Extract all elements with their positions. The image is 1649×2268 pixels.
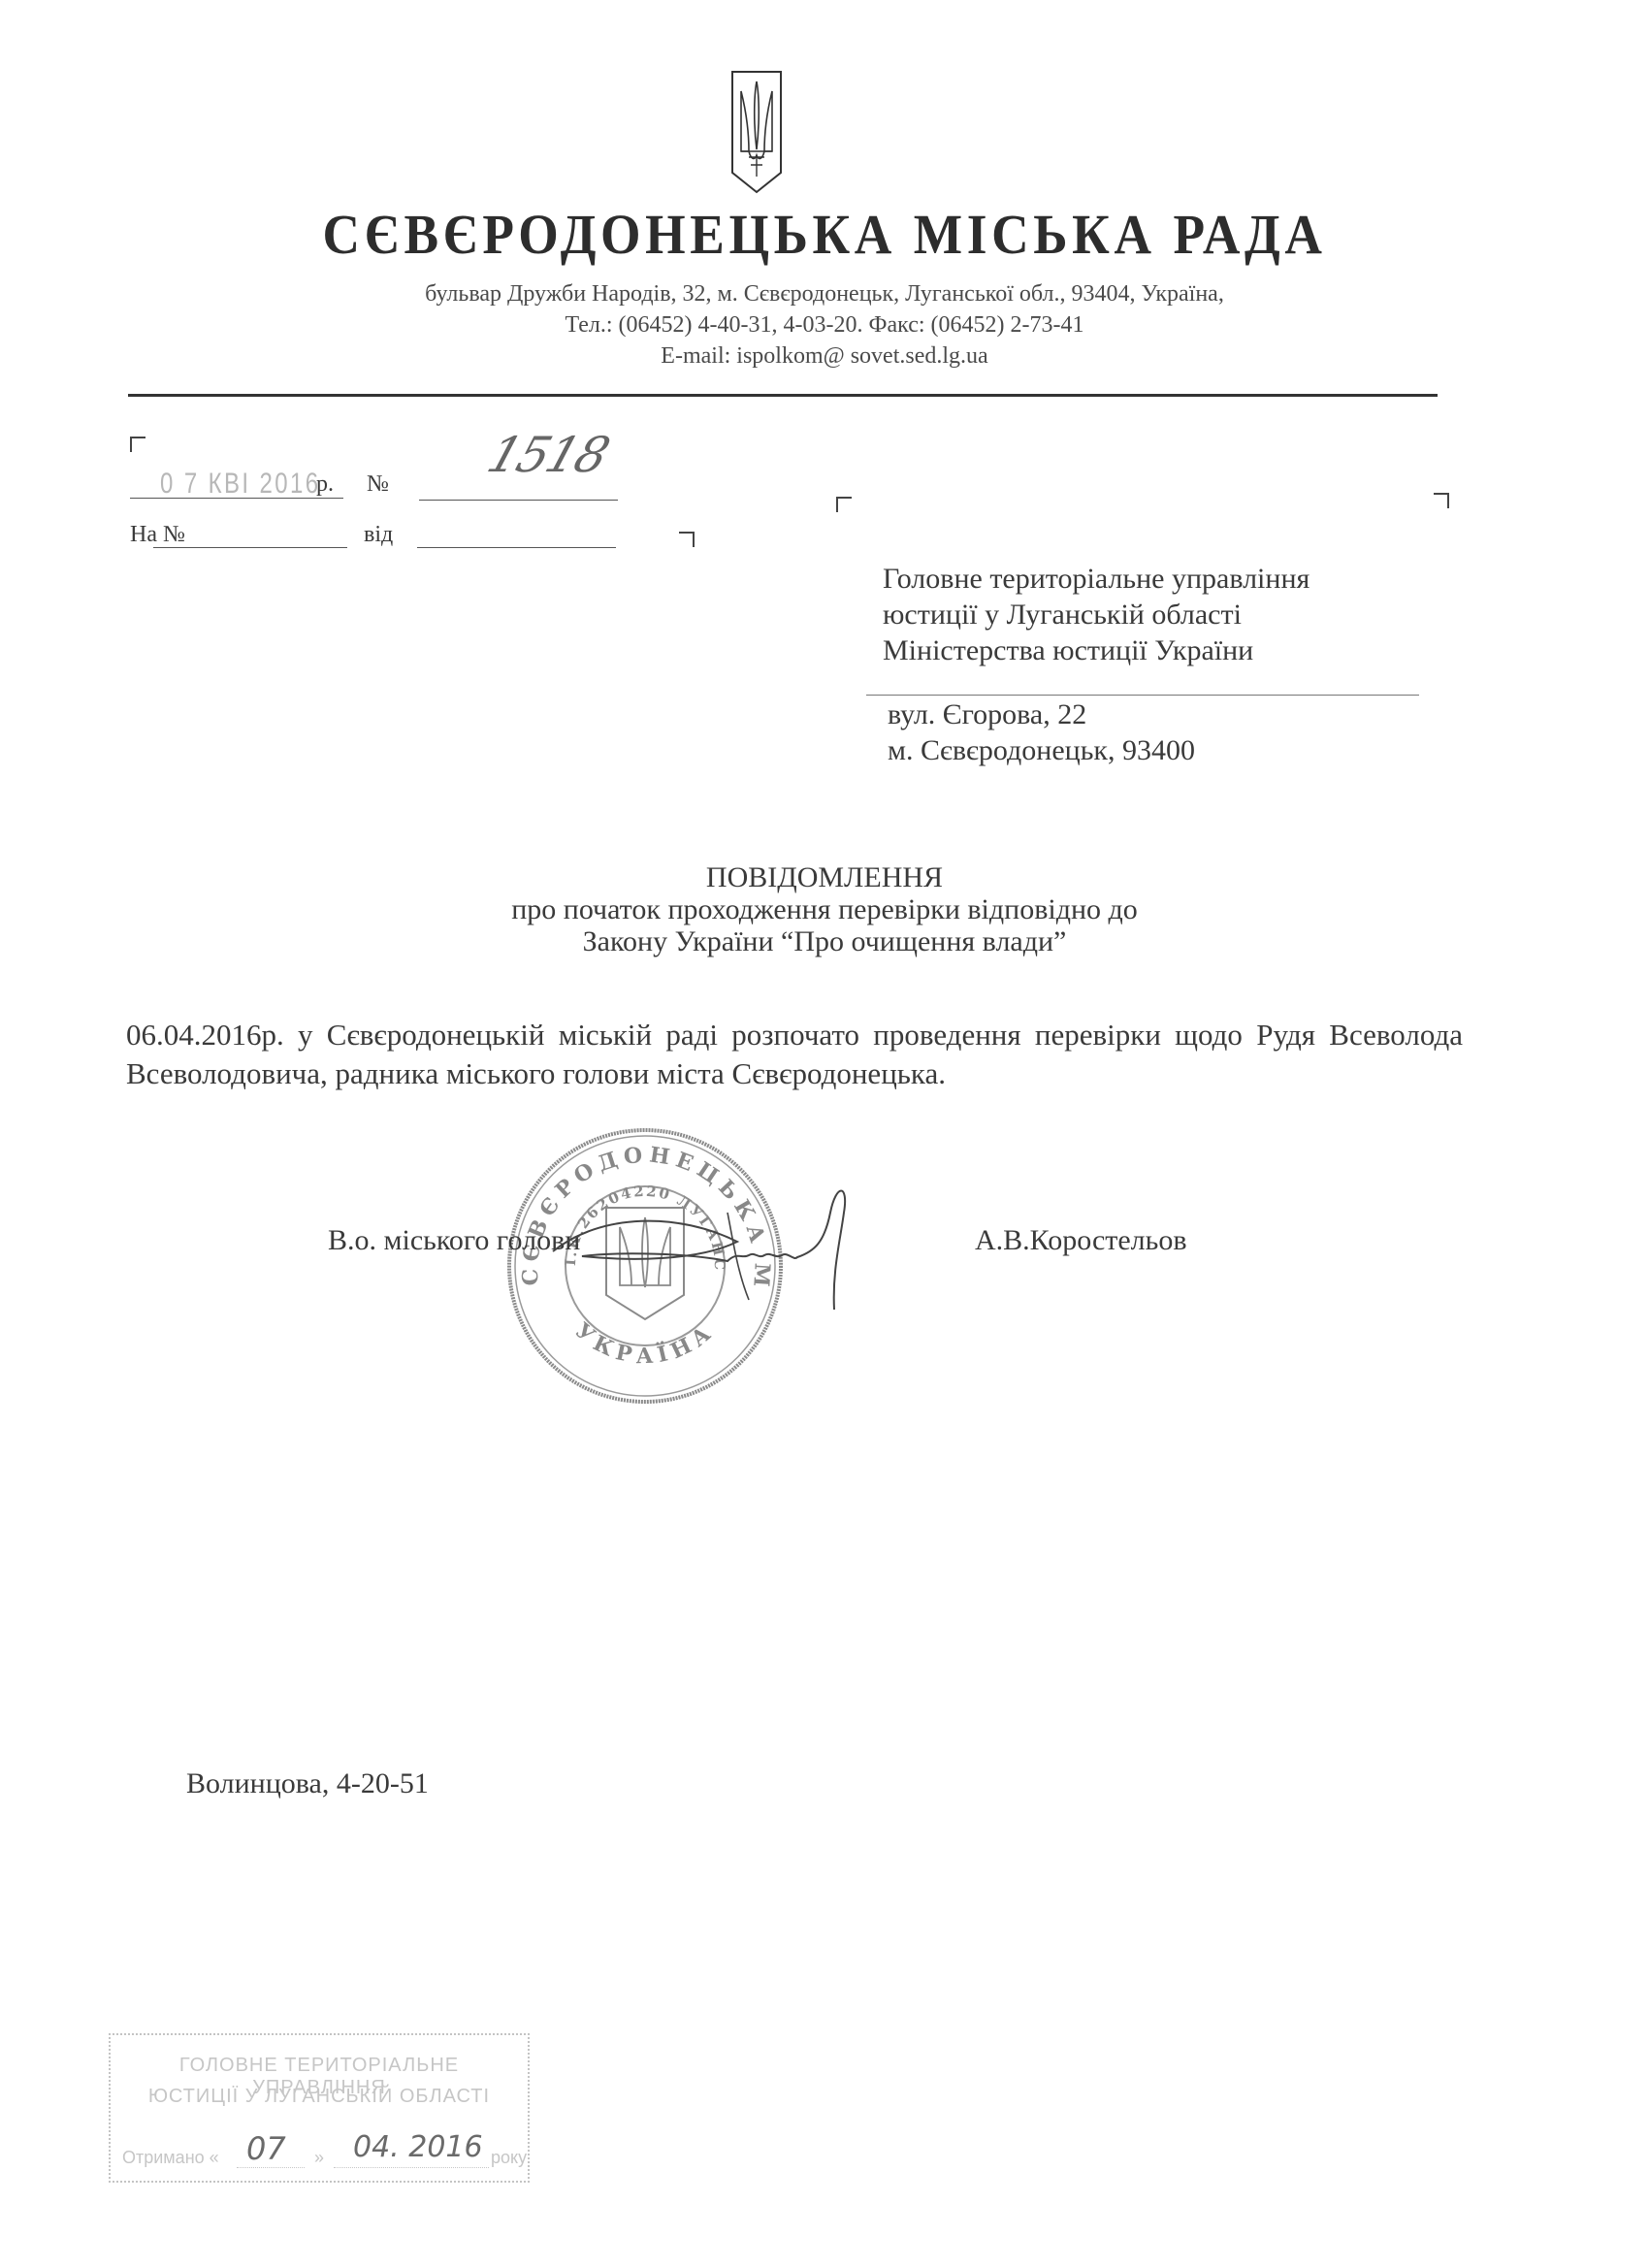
document-heading: ПОВІДОМЛЕННЯ: [0, 861, 1649, 894]
executor-contact: Волинцова, 4-20-51: [186, 1767, 429, 1800]
reply-label: На №: [130, 522, 185, 548]
recipient-city: м. Сєвєродонецьк, 93400: [888, 734, 1195, 767]
received-month-year: 04. 2016: [353, 2130, 483, 2164]
registration-stamp: ГОЛОВНЕ ТЕРИТОРІАЛЬНЕ УПРАВЛІННЯ ЮСТИЦІЇ…: [109, 2033, 530, 2183]
received-day: 07: [246, 2130, 286, 2167]
from-label: від: [364, 522, 393, 548]
document-subtitle-2: Закону України “Про очищення влади”: [0, 925, 1649, 958]
number-line: [419, 500, 618, 501]
signatory-name: А.В.Коростельов: [975, 1224, 1187, 1257]
reply-number-line: [153, 547, 347, 548]
recipient-line-2: юстиції у Луганській області: [883, 599, 1242, 632]
received-label: Отримано «: [122, 2148, 219, 2168]
trident-coat-of-arms-icon: [729, 68, 784, 196]
svg-text:УКРАЇНА: УКРАЇНА: [570, 1318, 721, 1370]
org-address: бульвар Дружби Народів, 32, м. Сєвєродон…: [0, 281, 1649, 308]
organization-name: СЄВЄРОДОНЕЦЬКА МІСЬКА РАДА: [66, 202, 1583, 267]
corner-mark: [1434, 493, 1449, 508]
document-subtitle-1: про початок проходження перевірки відпов…: [0, 893, 1649, 926]
recipient-divider: [866, 695, 1419, 696]
received-quote: »: [314, 2148, 324, 2168]
day-line: [237, 2167, 305, 2169]
org-phones: Тел.: (06452) 4-40-31, 4-03-20. Факс: (0…: [0, 312, 1649, 339]
year-suffix: р.: [316, 471, 334, 498]
header-divider: [128, 394, 1438, 397]
recipient-line-1: Головне територіальне управління: [883, 563, 1309, 596]
recipient-street: вул. Єгорова, 22: [888, 698, 1086, 731]
month-line: [334, 2167, 489, 2169]
corner-mark: [836, 497, 852, 512]
outgoing-date-stamp: 0 7 КВІ 2016: [160, 468, 321, 501]
org-email: E-mail: ispolkom@ sovet.sed.lg.ua: [0, 343, 1649, 370]
outgoing-number: 1518: [481, 427, 615, 483]
body-paragraph: 06.04.2016р. у Сєвєродонецькій міській р…: [126, 1016, 1463, 1093]
received-year-suffix: року: [491, 2148, 527, 2168]
reply-date-line: [417, 547, 616, 548]
number-label: №: [367, 471, 389, 498]
handwritten-signature-icon: [543, 1174, 931, 1319]
corner-mark: [679, 532, 695, 547]
date-line: [130, 498, 343, 499]
corner-mark: [130, 437, 145, 452]
recipient-line-3: Міністерства юстиції України: [883, 634, 1253, 667]
registration-stamp-line-2: ЮСТИЦІЇ У ЛУГАНСЬКІЙ ОБЛАСТІ: [111, 2086, 528, 2108]
